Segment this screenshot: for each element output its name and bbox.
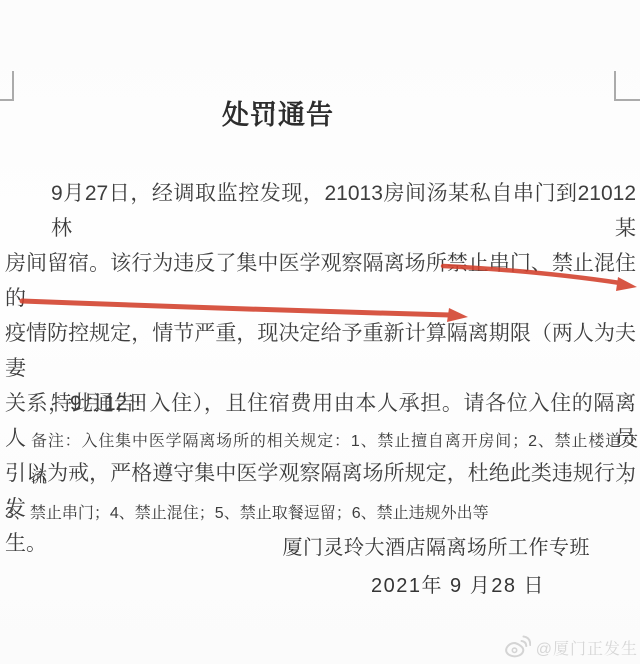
notice-remark-line: 3、禁止串门；4、禁止混住；5、禁止取餐逗留；6、禁止违规外出等 (5, 496, 638, 532)
notice-document: 处罚通告 9月27日，经调取监控发现，21013房间汤某私自串门到21012林某… (0, 0, 640, 664)
notice-body-line: 疫情防控规定，情节严重，现决定给予重新计算隔离期限（两人为夫妻 (5, 316, 636, 386)
notice-remarks: 备注：入住集中医学隔离场所的相关规定：1、禁止擅自离开房间；2、禁止楼道交流；3… (5, 424, 638, 532)
notice-date: 2021年 9 月28 日 (0, 569, 640, 598)
weibo-icon (503, 634, 531, 660)
notice-body-line: 房间留宿。该行为违反了集中医学观察隔离场所禁止串门、禁止混住的 (5, 246, 636, 316)
weibo-watermark-text: @厦门正发生 (536, 636, 638, 659)
weibo-watermark: @厦门正发生 (503, 634, 638, 660)
notice-title: 处罚通告 (0, 93, 556, 132)
notice-closing: 特此通告! (51, 386, 141, 421)
notice-remark-line: 备注：入住集中医学隔离场所的相关规定：1、禁止擅自离开房间；2、禁止楼道交流； (5, 424, 638, 496)
notice-signature: 厦门灵玲大酒店隔离场所工作专班 (0, 531, 640, 560)
page-corner-mark-top-right (614, 71, 640, 101)
notice-body-line: 9月27日，经调取监控发现，21013房间汤某私自串门到21012林某 (5, 176, 636, 246)
